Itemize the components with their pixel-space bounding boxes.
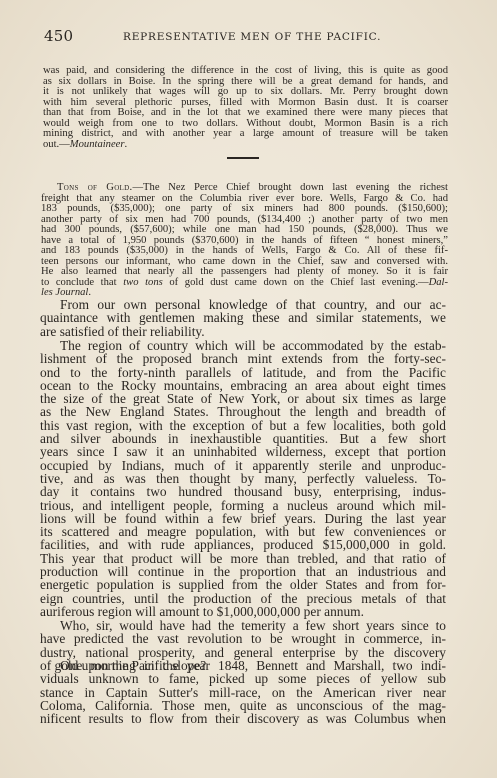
quote-tons-of-gold: Tons of Gold.—The Nez Perce Chief brough…	[41, 183, 448, 299]
text-line: ond to the forty-ninth parallels of lati…	[40, 366, 446, 379]
text-line: Tons of Gold.—The Nez Perce Chief brough…	[41, 183, 448, 194]
text-line: The region of country which will be acco…	[40, 339, 446, 352]
text-line: had 300 pounds, ($57,600); while one man…	[41, 225, 448, 236]
text-line: This year that product will be more than…	[40, 552, 446, 565]
text-line: auriferous region will amount to $1,000,…	[40, 605, 446, 618]
text-line: production will continue in the proporti…	[40, 565, 446, 578]
text-line: viduals unknown to fame, picked up some …	[40, 672, 446, 685]
text-line: its scattered and meagre population, wit…	[40, 525, 446, 538]
text-line: facilities, and with rude appliances, pr…	[40, 538, 446, 551]
text-line: as the New England States. Throughout th…	[40, 405, 446, 418]
text-line: this vast region, with the exception of …	[40, 419, 446, 432]
source-citation: Mountaineer	[70, 139, 125, 150]
text-line: to conclude that two tons of gold dust c…	[41, 278, 448, 289]
text-line: nificent results to flow from their disc…	[40, 712, 446, 725]
text-line: ocean to the Rocky mountains, embracing …	[40, 379, 446, 392]
text-line: and 183 pounds ($35,000) in the hands of…	[41, 246, 448, 257]
text-line: eign countries, until the production of …	[40, 592, 446, 605]
text-line: Coloma, California. Those men, quite as …	[40, 699, 446, 712]
text-line: dustry, national prosperity, and general…	[40, 646, 446, 659]
text-line: quaintance with gentlemen making these a…	[40, 311, 446, 324]
article-title: Tons of Gold.	[57, 182, 132, 193]
page-header: 450 REPRESENTATIVE MEN OF THE PACIFIC.	[44, 27, 449, 47]
text-line: trious, and intelligent people, forming …	[40, 499, 446, 512]
text-line: years since I saw it an uninhabited wild…	[40, 445, 446, 458]
text-line: From our own personal knowledge of that …	[40, 298, 446, 311]
section-divider	[227, 157, 259, 159]
text-line: than that from Boise, and in the lot tha…	[43, 108, 448, 119]
text-line: occupied by Indians, much of it apparent…	[40, 459, 446, 472]
text-line: lions will be found within a few brief y…	[40, 512, 446, 525]
paragraph: One morning in the year 1848, Bennett an…	[40, 659, 446, 725]
paragraph: From our own personal knowledge of that …	[40, 298, 446, 338]
text-line: and silver abounds in inexhaustible quan…	[40, 432, 446, 445]
source-citation: Dal-	[429, 277, 448, 288]
text-line: Who, sir, would have had the temerity a …	[40, 619, 446, 632]
text-line: was paid, and considering the difference…	[43, 66, 448, 77]
text-line: out.—Mountaineer.	[43, 140, 448, 151]
text-line: are satisfied of their reliability.	[40, 325, 446, 338]
text-line: the size of the great State of New York,…	[40, 392, 446, 405]
text-line: lishment of the proposed branch mint ext…	[40, 352, 446, 365]
book-page: 450 REPRESENTATIVE MEN OF THE PACIFIC. w…	[0, 0, 497, 778]
text-line: tive, and as was then thought by many, p…	[40, 472, 446, 485]
text-line: One morning in the year 1848, Bennett an…	[40, 659, 446, 672]
text-line: stance in Captain Sutter's mill-race, on…	[40, 686, 446, 699]
running-head: REPRESENTATIVE MEN OF THE PACIFIC.	[123, 31, 381, 43]
page-number: 450	[44, 27, 73, 45]
quote-mountaineer: was paid, and considering the difference…	[43, 66, 448, 150]
paragraph: The region of country which will be acco…	[40, 339, 446, 618]
text-line: 183 pounds, ($35,000); one party of six …	[41, 204, 448, 215]
text-line: have predicted the vast revolution to be…	[40, 632, 446, 645]
text-line: it is not unlikely that wages will go up…	[43, 87, 448, 98]
text-line: day it contains two hundred thousand bus…	[40, 485, 446, 498]
text-line: energetic population is supplied from th…	[40, 578, 446, 591]
